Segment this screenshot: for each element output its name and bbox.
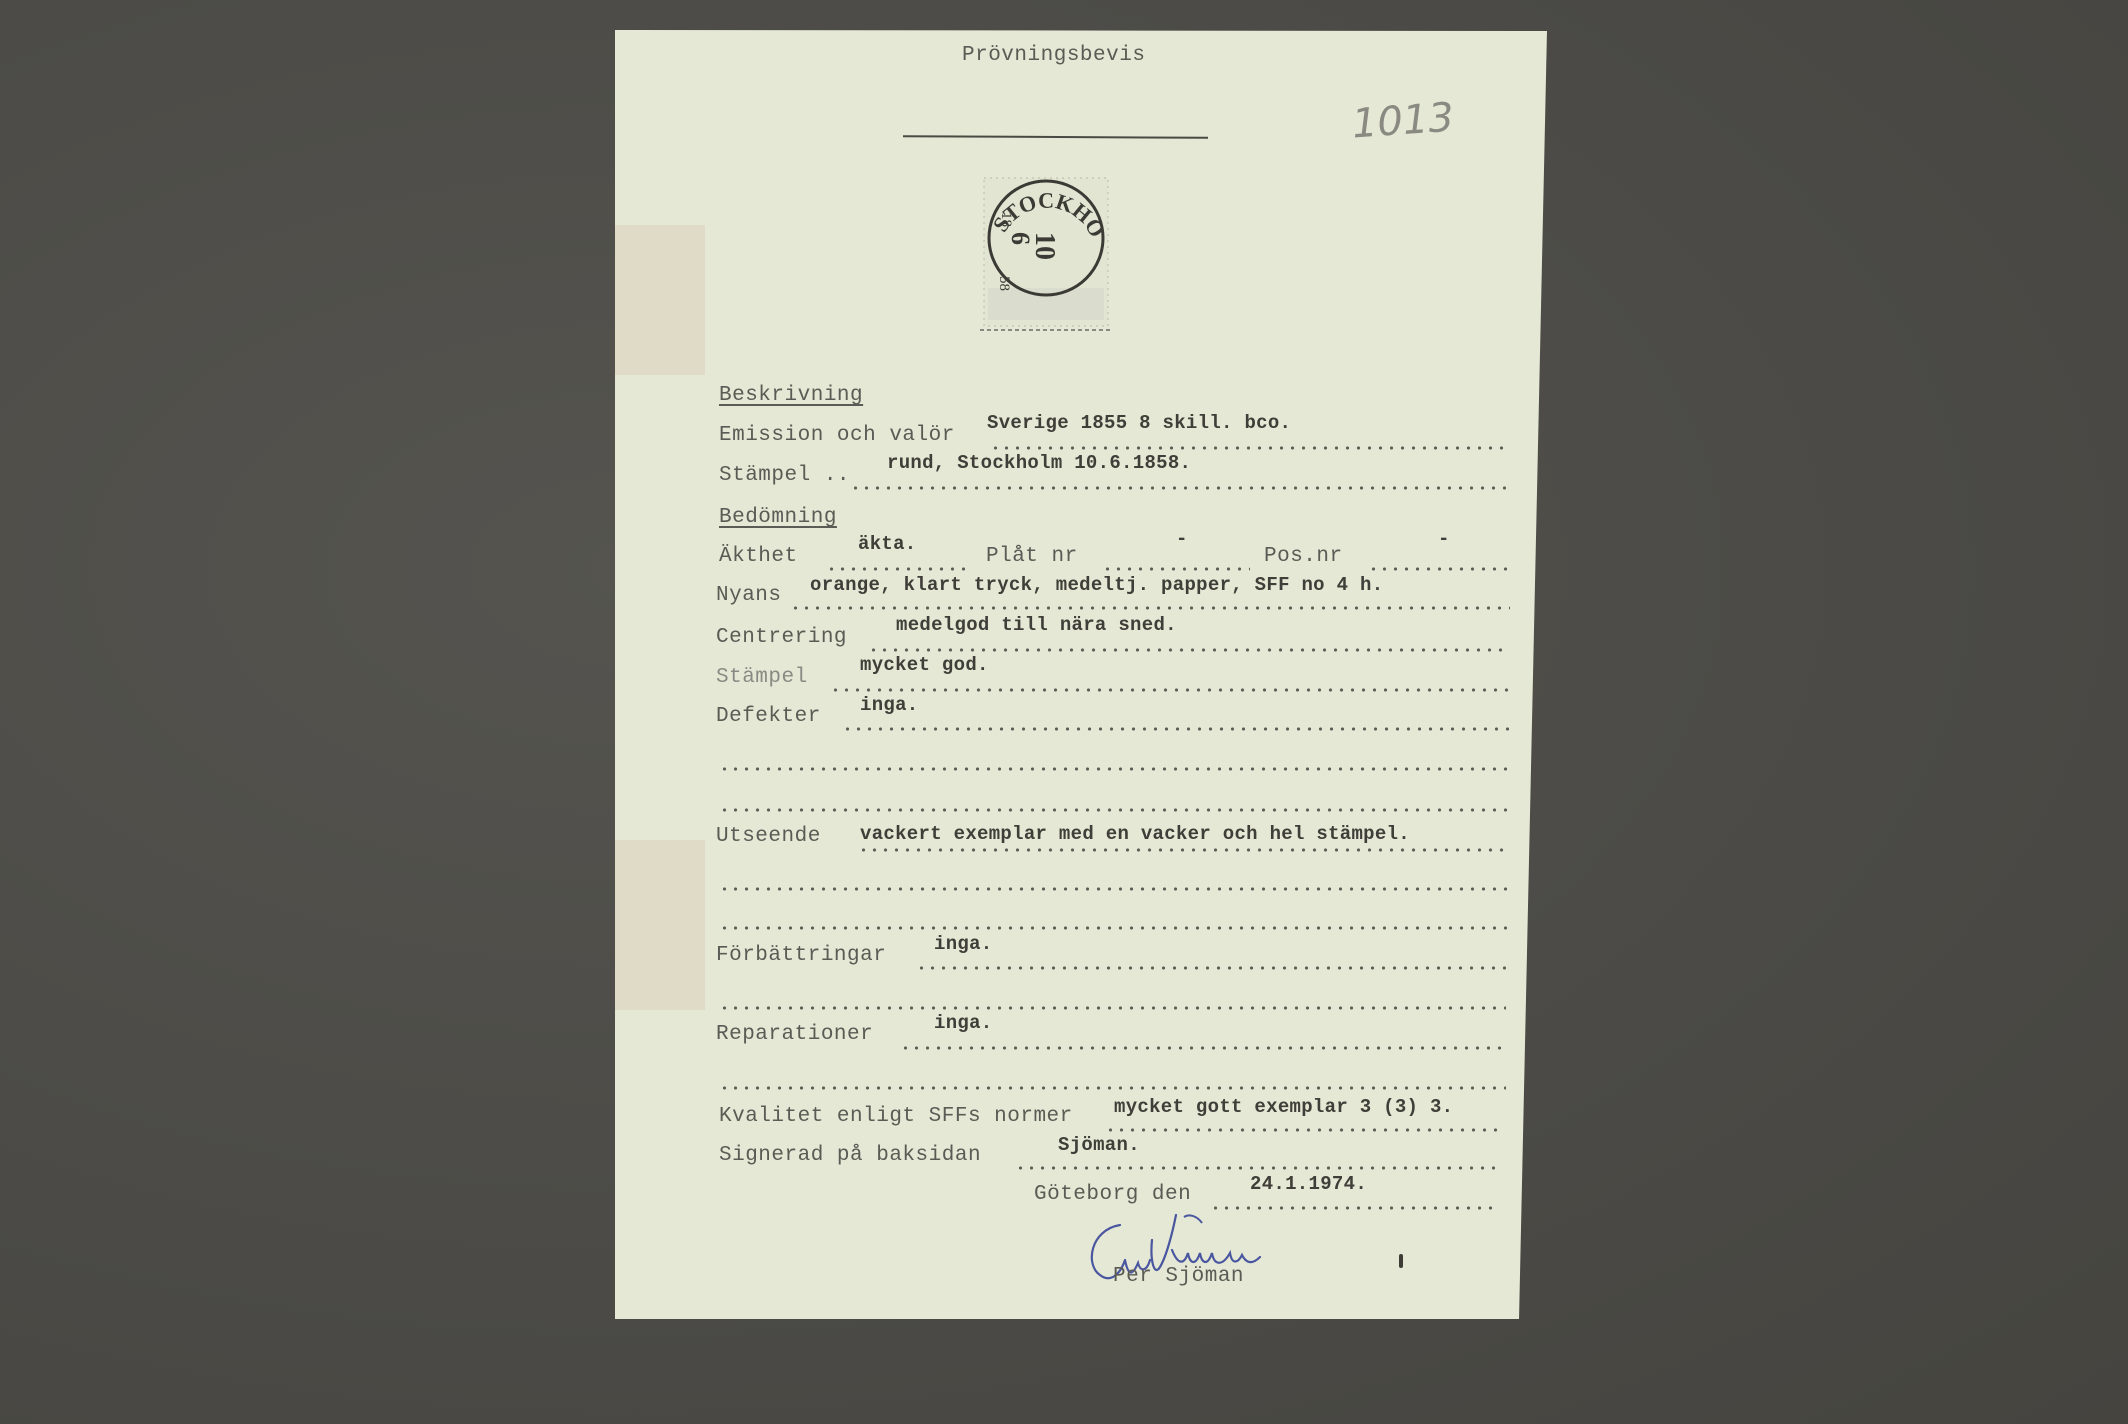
centrering-value: medelgod till nära sned. bbox=[896, 614, 1177, 636]
signerad-value: Sjöman. bbox=[1058, 1134, 1140, 1156]
date-value: 24.1.1974. bbox=[1250, 1173, 1367, 1195]
plat-label: Plåt nr bbox=[986, 545, 1078, 568]
emission-value: Sverige 1855 8 skill. bco. bbox=[987, 412, 1291, 434]
dotted-line bbox=[719, 926, 1508, 930]
kvalitet-value: mycket gott exemplar 3 (3) 3. bbox=[1114, 1096, 1453, 1118]
dotted-line bbox=[1368, 567, 1510, 571]
reparationer-value: inga. bbox=[934, 1012, 993, 1034]
dotted-line bbox=[719, 887, 1508, 891]
defekter-label: Defekter bbox=[716, 705, 821, 728]
postmark-year-right: 58 bbox=[996, 276, 1012, 291]
dotted-line bbox=[1102, 567, 1250, 571]
signerad-label: Signerad på baksidan bbox=[719, 1144, 981, 1167]
dotted-line bbox=[1105, 1128, 1505, 1132]
dotted-line bbox=[916, 966, 1506, 970]
dotted-line bbox=[850, 486, 1510, 490]
utseende-label: Utseende bbox=[716, 825, 821, 848]
pos-label: Pos.nr bbox=[1264, 545, 1343, 568]
document-title: Prövningsbevis bbox=[962, 44, 1145, 67]
paper-stain bbox=[615, 840, 705, 1010]
utseende-value: vackert exemplar med en vacker och hel s… bbox=[860, 823, 1410, 845]
section-heading-bedomning: Bedömning bbox=[719, 506, 837, 529]
dotted-line bbox=[868, 648, 1510, 652]
postmark-month: 6 bbox=[1006, 232, 1035, 245]
forbattringar-label: Förbättringar bbox=[716, 944, 886, 967]
handwritten-signature bbox=[1080, 1205, 1320, 1305]
dotted-line bbox=[1015, 1166, 1495, 1170]
pos-value: - bbox=[1438, 528, 1450, 550]
stampel-quality-value: mycket god. bbox=[860, 654, 989, 676]
dotted-line bbox=[719, 1006, 1506, 1010]
dotted-line bbox=[830, 688, 1510, 692]
nyans-value: orange, klart tryck, medeltj. papper, SF… bbox=[810, 574, 1383, 596]
plat-value: - bbox=[1176, 528, 1188, 550]
dotted-line bbox=[790, 606, 1510, 610]
stampel-value: rund, Stockholm 10.6.1858. bbox=[887, 452, 1191, 474]
stamp-with-postmark: STOCKHOLM 10 6 18 58 bbox=[972, 168, 1122, 333]
postmark-year-left: 18 bbox=[998, 212, 1014, 227]
section-heading-beskrivning: Beskrivning bbox=[719, 384, 863, 407]
stampel-label: Stämpel .. bbox=[719, 464, 850, 487]
dotted-line bbox=[842, 727, 1510, 731]
dotted-line bbox=[719, 767, 1510, 771]
kvalitet-label: Kvalitet enligt SFFs normer bbox=[719, 1105, 1073, 1128]
centrering-label: Centrering bbox=[716, 626, 847, 649]
signatory-name: Per Sjöman bbox=[1113, 1265, 1244, 1288]
dotted-line bbox=[719, 1086, 1506, 1090]
ort-label: Göteborg den bbox=[1034, 1183, 1191, 1206]
pencil-reference-number: 1013 bbox=[1351, 95, 1456, 148]
forbattringar-value: inga. bbox=[934, 933, 993, 955]
dotted-line bbox=[858, 848, 1508, 852]
ink-mark bbox=[1399, 1254, 1403, 1268]
dotted-line bbox=[826, 567, 968, 571]
akthet-value: äkta. bbox=[858, 533, 917, 555]
paper-stain bbox=[615, 225, 705, 375]
stampel-quality-label: Stämpel bbox=[716, 666, 808, 689]
emission-label: Emission och valör bbox=[719, 424, 955, 447]
nyans-label: Nyans bbox=[716, 584, 782, 607]
dotted-line bbox=[900, 1046, 1506, 1050]
dotted-line bbox=[990, 446, 1510, 450]
akthet-label: Äkthet bbox=[719, 545, 798, 568]
reparationer-label: Reparationer bbox=[716, 1023, 873, 1046]
dotted-line bbox=[719, 808, 1510, 812]
defekter-value: inga. bbox=[860, 694, 919, 716]
